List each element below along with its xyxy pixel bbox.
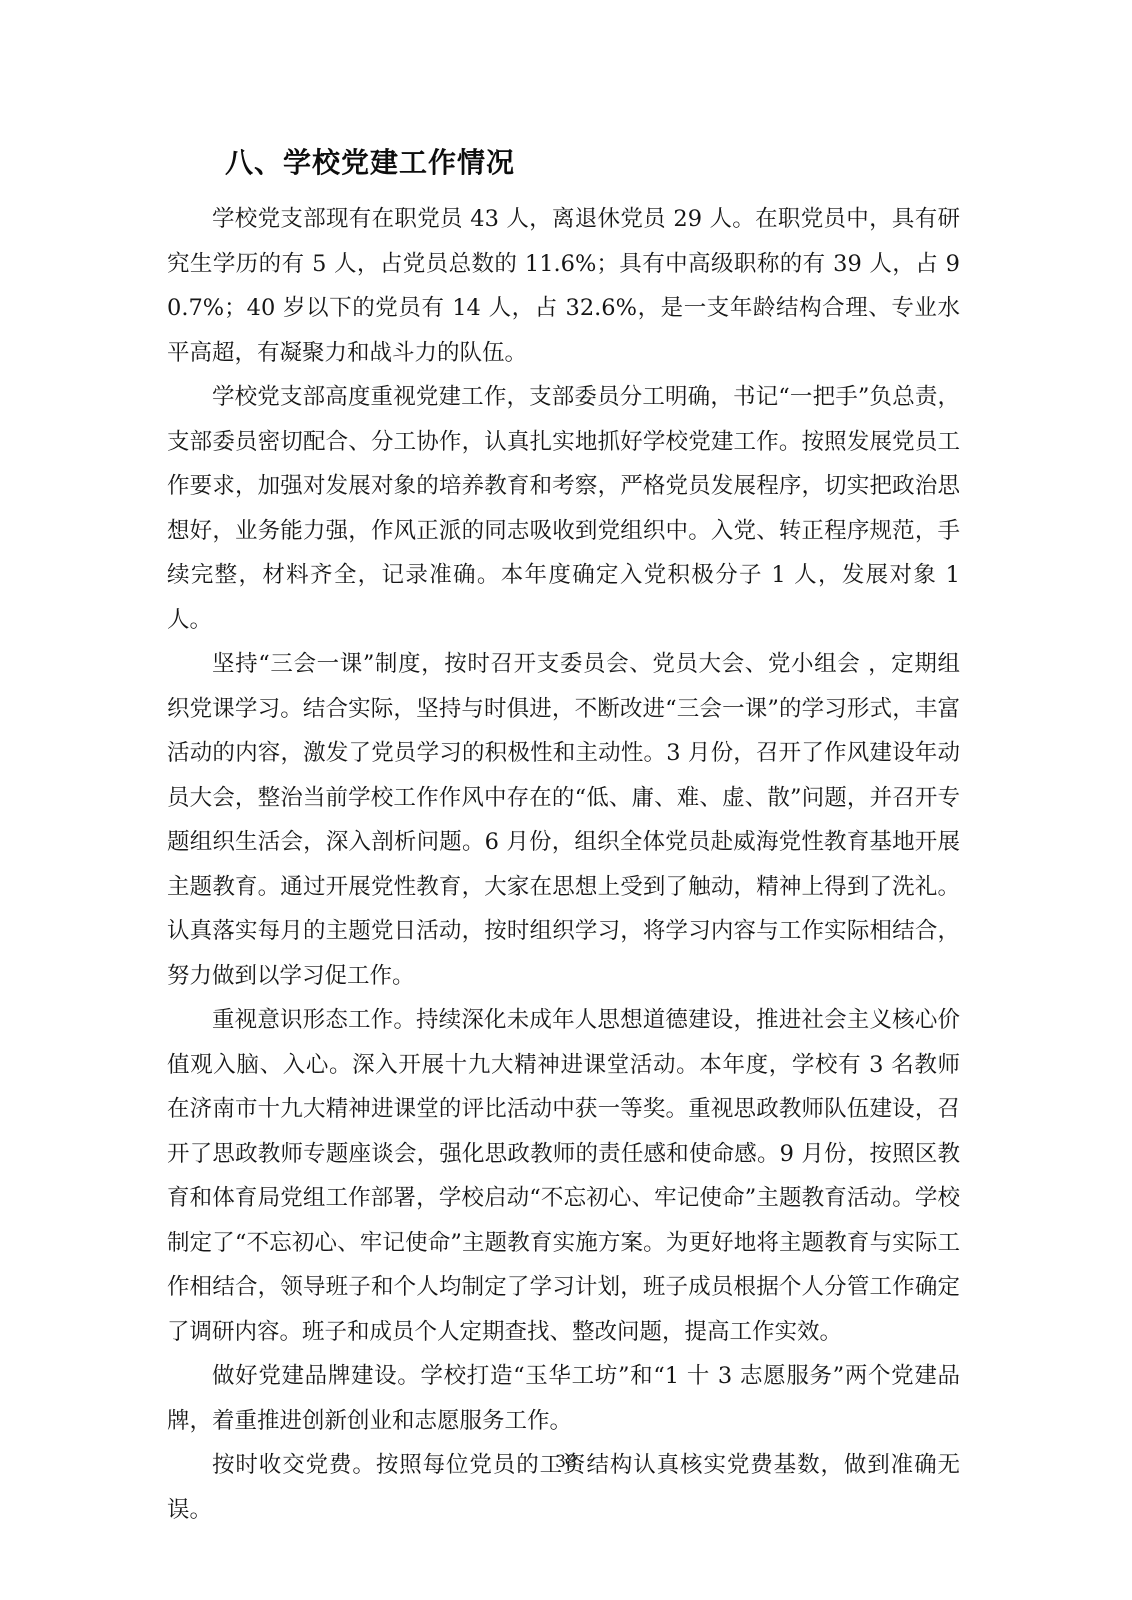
section-title: 八、学校党建工作情况 xyxy=(225,141,960,185)
paragraph-party-members-stats: 学校党支部现有在职党员 43 人，离退休党员 29 人。在职党员中，具有研究生学… xyxy=(167,197,960,375)
paragraph-ideology-work: 重视意识形态工作。持续深化未成年人思想道德建设，推进社会主义核心价值观入脑、入心… xyxy=(167,998,960,1354)
page-number: 38 xyxy=(0,1452,1132,1472)
paragraph-branch-leadership: 学校党支部高度重视党建工作，支部委员分工明确，书记“一把手”负总责，支部委员密切… xyxy=(167,375,960,642)
paragraph-party-brand: 做好党建品牌建设。学校打造“玉华工坊”和“1 十 3 志愿服务”两个党建品牌，着… xyxy=(167,1354,960,1443)
paragraph-three-meetings-one-lesson: 坚持“三会一课”制度，按时召开支委员会、党员大会、党小组会 ，定期组织党课学习。… xyxy=(167,642,960,998)
document-page: 八、学校党建工作情况 学校党支部现有在职党员 43 人，离退休党员 29 人。在… xyxy=(0,0,1132,1600)
